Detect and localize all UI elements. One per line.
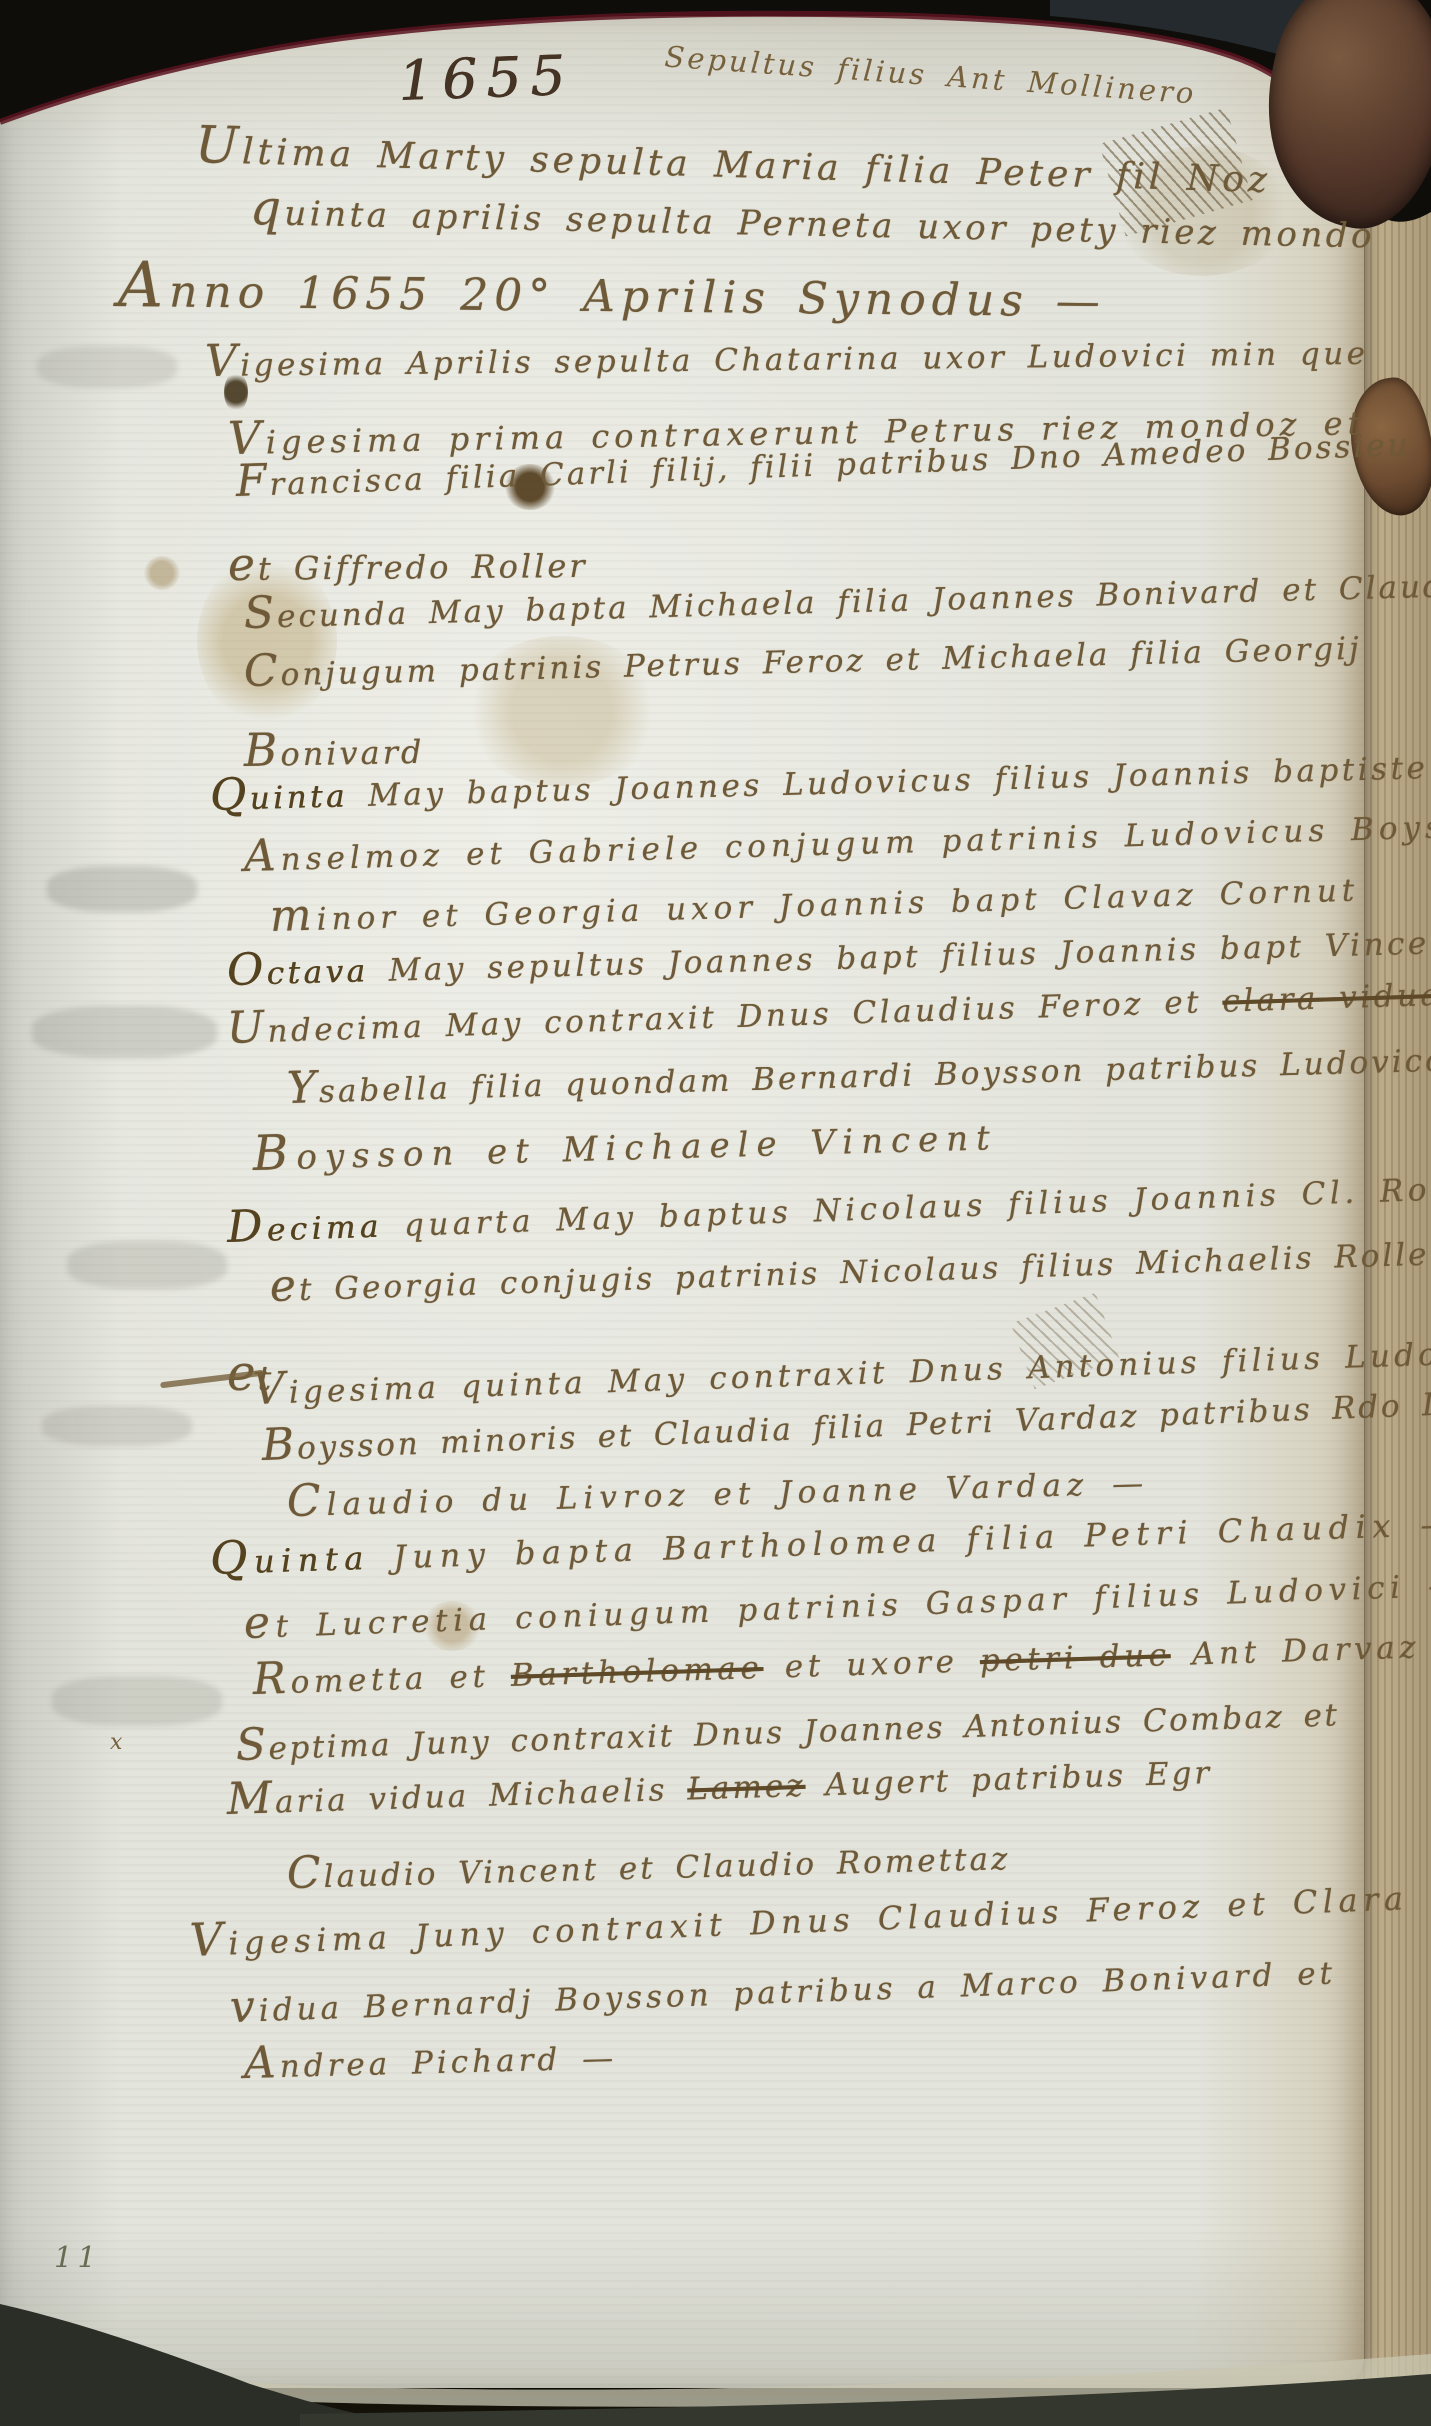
register-text: Octava [227, 953, 390, 993]
register-line: Anno 1655 20° Aprilis Synodus — [118, 248, 1107, 331]
register-text: Decima [226, 1208, 404, 1250]
register-text: Quinta [210, 778, 369, 818]
register-text: Boysson et Michaele Vincent [252, 1118, 998, 1179]
register-text: Ysabella filia quondam Bernardi Boysson … [286, 1043, 1431, 1111]
register-text: Maria vidua Michaelis [226, 1772, 688, 1822]
register-text: Ant Darvaz [1170, 1629, 1421, 1673]
register-text: vidua Bernardj Boysson patribus a Marco … [229, 1955, 1336, 2030]
register-line: Boysson et Michaele Vincent [252, 1105, 998, 1182]
register-text: Conjugum patrinis Petrus Feroz et Michae… [244, 631, 1363, 694]
year-heading: 1655 [397, 43, 575, 113]
register-line: Vigesima Aprilis sepulta Chatarina uxor … [205, 324, 1369, 387]
header-note: Sepultus filius Ant Mollinero [663, 39, 1197, 110]
margin-x-mark: x [110, 1730, 122, 1755]
register-text: et uxore [763, 1643, 981, 1686]
struck-text: Bartholomae [510, 1650, 764, 1694]
register-line: Andrea Pichard — [243, 2028, 617, 2089]
register-text: Andrea Pichard — [244, 2040, 618, 2086]
register-text: Rometta et [252, 1658, 511, 1702]
register-text: Vigesima Aprilis sepulta Chatarina uxor … [205, 336, 1369, 384]
page-number: 11 [54, 2240, 101, 2274]
struck-text: clara vidua [1222, 977, 1431, 1020]
register-text: Augert patribus Egr [805, 1755, 1213, 1804]
handwriting-layer: 1655 Sepultus filius Ant Mollinero Ultim… [0, 0, 1431, 2426]
register-text: Quinta [209, 1538, 393, 1582]
struck-text: Lamez [687, 1768, 806, 1808]
struck-text: petri duc [979, 1637, 1171, 1679]
register-text: et Georgia conjugis patrinis Nicolaus fi… [269, 1236, 1431, 1309]
register-text: quinta aprilis sepulta Perneta uxor pety… [250, 193, 1376, 257]
manuscript-photo: 1655 Sepultus filius Ant Mollinero Ultim… [0, 0, 1431, 2426]
register-text: Anno 1655 20° Aprilis Synodus — [118, 266, 1106, 327]
